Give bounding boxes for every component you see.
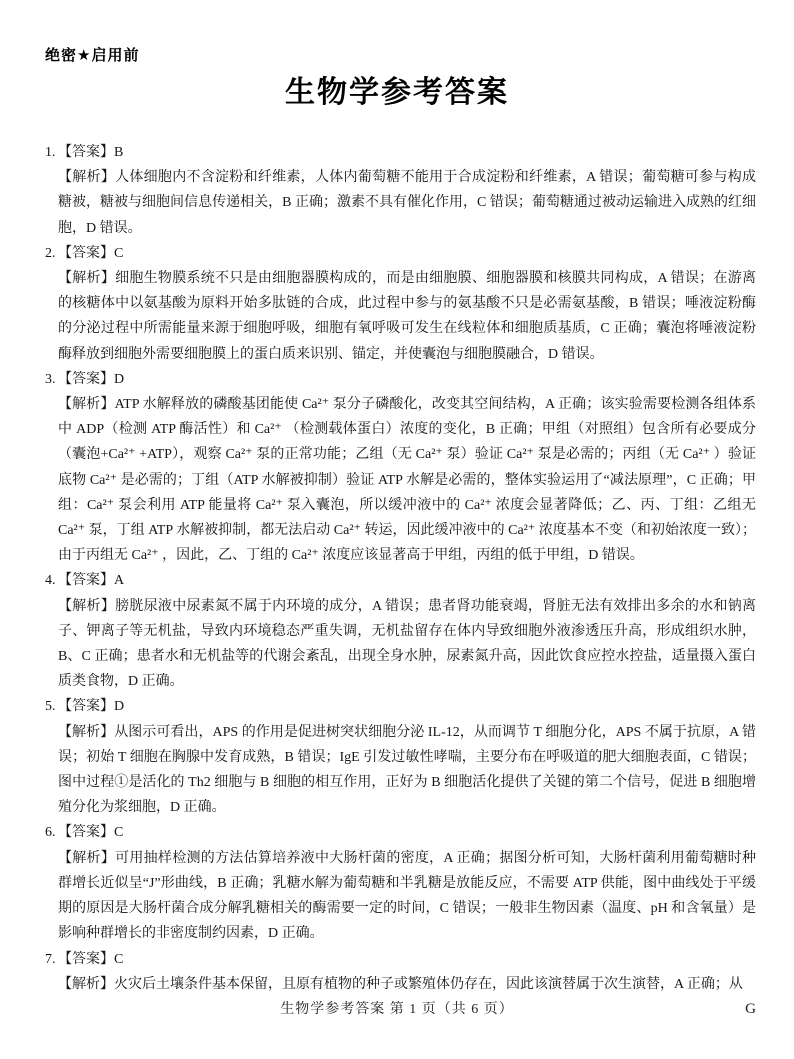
answer-line: 5.【答案】D <box>45 694 756 719</box>
answer-item-3: 3.【答案】D 【解析】ATP 水解释放的磷酸基团能使 Ca²⁺ 泵分子磷酸化，… <box>45 367 756 569</box>
analysis-text: 膀胱尿液中尿素氮不属于内环境的成分，A 错误；患者肾功能衰竭，肾脏无法有效排出多… <box>58 599 756 690</box>
answer-line: 6.【答案】C <box>45 820 756 845</box>
analysis-paragraph: 【解析】可用抽样检测的方法估算培养液中大肠杆菌的密度，A 正确；据图分析可知，大… <box>58 846 756 947</box>
item-number: 3. <box>45 367 58 392</box>
item-number: 7. <box>45 947 58 972</box>
answer-item-1: 1.【答案】B 【解析】人体细胞内不含淀粉和纤维素，人体内葡萄糖不能用于合成淀粉… <box>45 140 756 241</box>
answer-line: 2.【答案】C <box>45 241 756 266</box>
analysis-label: 【解析】 <box>58 170 115 185</box>
footer-corner-mark: G <box>745 1001 756 1018</box>
analysis-paragraph: 【解析】火灾后土壤条件基本保留，且原有植物的种子或繁殖体仍存在，因此该演替属于次… <box>58 972 756 997</box>
answer-item-2: 2.【答案】C 【解析】细胞生物膜系统不只是由细胞器膜构成的，而是由细胞膜、细胞… <box>45 241 756 367</box>
answer-label: 【答案】 <box>58 699 114 714</box>
answer-value: C <box>114 952 123 967</box>
item-number: 4. <box>45 568 58 593</box>
answer-line: 7.【答案】C <box>45 947 756 972</box>
answer-item-4: 4.【答案】A 【解析】膀胱尿液中尿素氮不属于内环境的成分，A 错误；患者肾功能… <box>45 568 756 694</box>
analysis-label: 【解析】 <box>58 977 114 992</box>
answer-label: 【答案】 <box>58 952 114 967</box>
answer-line: 4.【答案】A <box>45 568 756 593</box>
analysis-label: 【解析】 <box>58 599 115 614</box>
analysis-text: 火灾后土壤条件基本保留，且原有植物的种子或繁殖体仍存在，因此该演替属于次生演替，… <box>114 977 743 992</box>
answer-value: B <box>114 145 123 160</box>
answer-list: 1.【答案】B 【解析】人体细胞内不含淀粉和纤维素，人体内葡萄糖不能用于合成淀粉… <box>45 140 756 997</box>
answer-value: A <box>114 573 124 588</box>
analysis-text: ATP 水解释放的磷酸基团能使 Ca²⁺ 泵分子磷酸化，改变其空间结构，A 正确… <box>58 397 756 563</box>
answer-label: 【答案】 <box>58 246 114 261</box>
answer-value: D <box>114 372 124 387</box>
answer-value: D <box>114 699 124 714</box>
analysis-text: 人体细胞内不含淀粉和纤维素，人体内葡萄糖不能用于合成淀粉和纤维素，A 错误；葡萄… <box>58 170 756 235</box>
analysis-text: 可用抽样检测的方法估算培养液中大肠杆菌的密度，A 正确；据图分析可知，大肠杆菌利… <box>58 851 756 942</box>
analysis-label: 【解析】 <box>58 271 115 286</box>
analysis-label: 【解析】 <box>58 725 114 740</box>
footer-page-info: 生物学参考答案 第 1 页（共 6 页） <box>0 998 794 1018</box>
answer-label: 【答案】 <box>58 145 114 160</box>
item-number: 5. <box>45 694 58 719</box>
item-number: 2. <box>45 241 58 266</box>
analysis-label: 【解析】 <box>58 397 115 412</box>
item-number: 6. <box>45 820 58 845</box>
answer-label: 【答案】 <box>58 573 114 588</box>
analysis-paragraph: 【解析】ATP 水解释放的磷酸基团能使 Ca²⁺ 泵分子磷酸化，改变其空间结构，… <box>58 392 756 568</box>
classification-banner: 绝密★启用前 <box>45 44 139 65</box>
analysis-text: 细胞生物膜系统不只是由细胞器膜构成的，而是由细胞膜、细胞器膜和核膜共同构成，A … <box>58 271 756 362</box>
analysis-text: 从图示可看出，APS 的作用是促进树突状细胞分泌 IL-12，从而调节 T 细胞… <box>58 725 756 816</box>
answer-value: C <box>114 246 123 261</box>
analysis-paragraph: 【解析】人体细胞内不含淀粉和纤维素，人体内葡萄糖不能用于合成淀粉和纤维素，A 错… <box>58 165 756 241</box>
analysis-paragraph: 【解析】从图示可看出，APS 的作用是促进树突状细胞分泌 IL-12，从而调节 … <box>58 720 756 821</box>
answer-value: C <box>114 825 123 840</box>
item-number: 1. <box>45 140 58 165</box>
answer-label: 【答案】 <box>58 372 114 387</box>
answer-item-5: 5.【答案】D 【解析】从图示可看出，APS 的作用是促进树突状细胞分泌 IL-… <box>45 694 756 820</box>
answer-item-6: 6.【答案】C 【解析】可用抽样检测的方法估算培养液中大肠杆菌的密度，A 正确；… <box>45 820 756 946</box>
analysis-paragraph: 【解析】细胞生物膜系统不只是由细胞器膜构成的，而是由细胞膜、细胞器膜和核膜共同构… <box>58 266 756 367</box>
document-page: 绝密★启用前 生物学参考答案 1.【答案】B 【解析】人体细胞内不含淀粉和纤维素… <box>0 0 794 1059</box>
answer-line: 3.【答案】D <box>45 367 756 392</box>
answer-line: 1.【答案】B <box>45 140 756 165</box>
answer-label: 【答案】 <box>58 825 114 840</box>
analysis-paragraph: 【解析】膀胱尿液中尿素氮不属于内环境的成分，A 错误；患者肾功能衰竭，肾脏无法有… <box>58 594 756 695</box>
analysis-label: 【解析】 <box>58 851 115 866</box>
answer-item-7: 7.【答案】C 【解析】火灾后土壤条件基本保留，且原有植物的种子或繁殖体仍存在，… <box>45 947 756 997</box>
page-title: 生物学参考答案 <box>0 67 794 111</box>
